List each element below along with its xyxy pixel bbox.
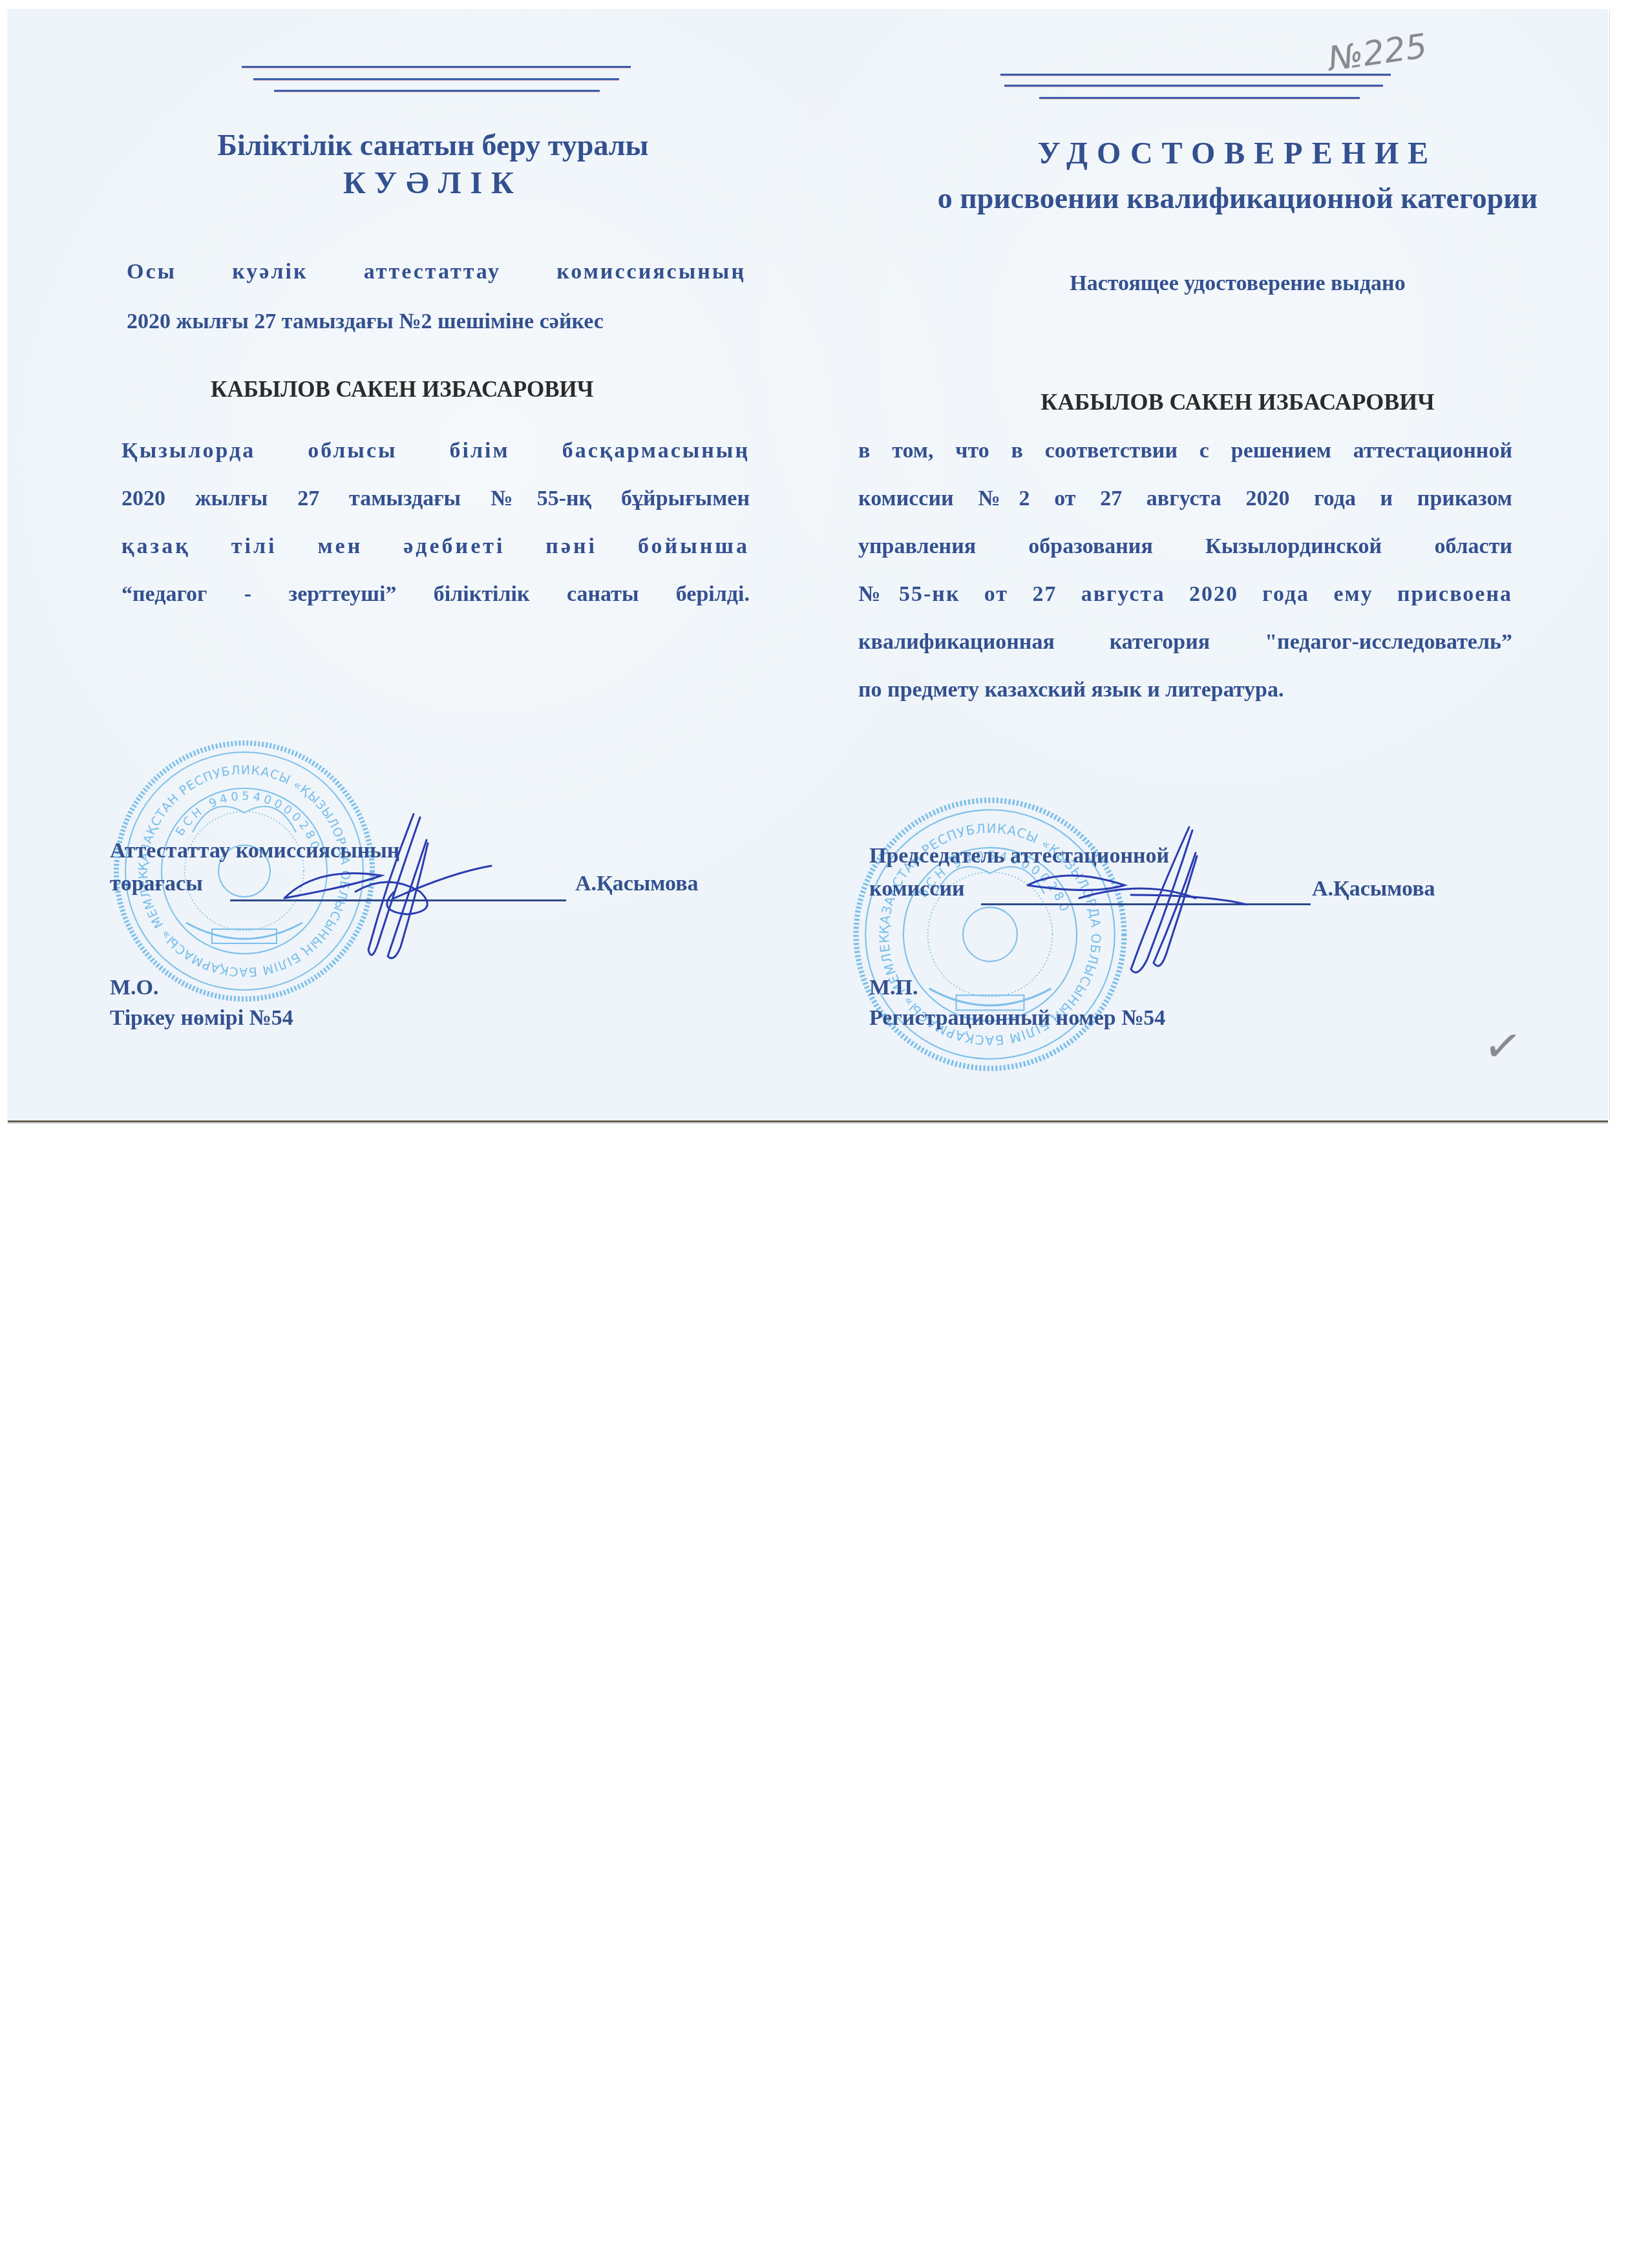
left-signer-name: А.Қасымова — [575, 872, 699, 896]
left-intro-2: 2020 жылғы 27 тамыздағы №2 шешіміне сәйк… — [127, 310, 604, 334]
left-recipient-name: КАБЫЛОВ САКЕН ИЗБАСАРОВИЧ — [211, 377, 593, 403]
left-intro-1: Осы куәлік аттестаттау комиссиясының — [127, 260, 746, 284]
left-body: Қызылорда облысы білім басқармасының 202… — [121, 427, 750, 618]
right-signer-name: А.Қасымова — [1312, 877, 1435, 901]
right-signature-role-2: комиссии — [869, 877, 965, 901]
decorative-rule — [274, 90, 600, 92]
right-title: о присвоении квалификационной категории — [866, 181, 1609, 215]
handwritten-signature — [259, 801, 504, 969]
right-heading: УДОСТОВЕРЕНИЕ — [866, 136, 1609, 171]
check-mark-icon: ✓ — [1481, 1017, 1525, 1075]
right-body: в том, что в соответствии с решением атт… — [858, 427, 1512, 714]
decorative-rule — [242, 66, 631, 68]
decorative-rule — [1004, 85, 1383, 87]
right-seal-label: М.П. — [869, 976, 918, 1000]
page-margin-strip — [1609, 9, 1648, 1120]
left-title: Біліктілік санатын беру туралы — [0, 128, 866, 162]
left-signature-role-2: төрағасы — [110, 872, 203, 896]
handwritten-signature — [1015, 814, 1247, 982]
right-intro: Настоящее удостоверение выдано — [866, 271, 1609, 296]
right-registration-number: Регистрационный номер №54 — [869, 1006, 1165, 1031]
left-heading: КУӘЛІК — [0, 165, 866, 201]
left-seal-label: М.О. — [110, 976, 159, 1000]
decorative-rule — [1039, 97, 1360, 99]
left-registration-number: Тіркеу нөмірі №54 — [110, 1006, 293, 1031]
decorative-rule — [1000, 74, 1391, 76]
decorative-rule — [253, 78, 619, 80]
right-recipient-name: КАБЫЛОВ САКЕН ИЗБАСАРОВИЧ — [866, 388, 1609, 415]
